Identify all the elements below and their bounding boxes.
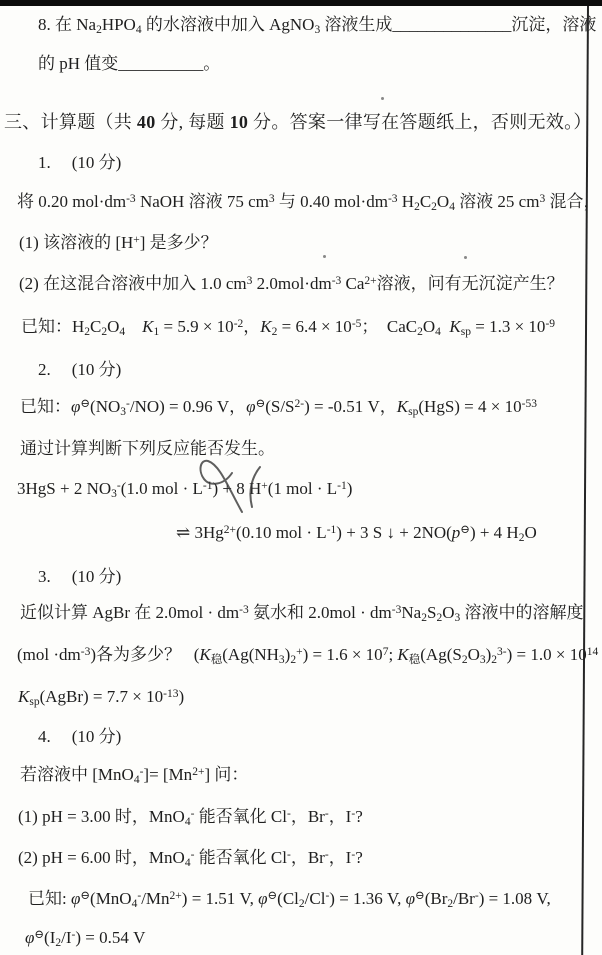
q3-number: 3. (38, 567, 51, 586)
q2-number: 2. (38, 360, 51, 379)
q2-given-constants: 已知：φ⊖(NO3-/NO) = 0.96 V，φ⊖(S/S2-) = -0.5… (20, 396, 537, 418)
q3-header: 3.(10 分) (38, 566, 121, 588)
question8-line1: 8. 在 Na2HPO4 的水溶液中加入 AgNO3 溶液生成_________… (38, 14, 596, 36)
q2-header: 2.(10 分) (38, 359, 121, 381)
q4-header: 4.(10 分) (38, 726, 121, 748)
section-heading: 三、计算题（共 40 分, 每题 10 分。答案一律写在答题纸上，否则无效。） (4, 111, 592, 133)
q3-points: (10 分) (72, 567, 122, 586)
scan-speck (464, 256, 467, 259)
q2-points: (10 分) (72, 360, 122, 379)
q3-body-line1: 近似计算 AgBr 在 2.0mol · dm-3 氨水和 2.0mol · d… (20, 602, 583, 624)
q1-given-constants: 已知：H2C2O4 K1 = 5.9 × 10-2，K2 = 6.4 × 10-… (21, 316, 555, 338)
scanned-exam-page: 8. 在 Na2HPO4 的水溶液中加入 AgNO3 溶液生成_________… (0, 0, 602, 955)
q4-number: 4. (38, 727, 51, 746)
q1-number: 1. (38, 153, 51, 172)
q3-body-line3: Ksp(AgBr) = 7.7 × 10-13) (18, 686, 184, 708)
scan-right-edge-line (581, 6, 589, 955)
scan-speck (323, 255, 326, 258)
question8-line2: 的 pH 值变__________。 (38, 53, 220, 75)
q1-points: (10 分) (72, 153, 122, 172)
q4-part2: (2) pH = 6.00 时，MnO4- 能否氧化 Cl-，Br-，I-? (18, 847, 363, 869)
q4-points: (10 分) (72, 727, 122, 746)
q1-part1: (1) 该溶液的 [H+] 是多少？ (19, 232, 218, 254)
pen-scribble-artifact (180, 455, 272, 517)
scan-speck (381, 97, 384, 100)
q2-equation-line2: ⇌ 3Hg2+(0.10 mol · L-1) + 3 S ↓ + 2NO(p⊖… (176, 522, 537, 544)
q1-header: 1.(10 分) (38, 152, 121, 174)
q4-intro: 若溶液中 [MnO4-]= [Mn2+] 问： (20, 764, 248, 786)
q4-given-line2: φ⊖(I2/I-) = 0.54 V (25, 927, 145, 949)
q1-part2: (2) 在这混合溶液中加入 1.0 cm3 2.0mol·dm-3 Ca2+溶液… (19, 273, 564, 295)
q4-given-line1: 已知: φ⊖(MnO4-/Mn2+) = 1.51 V, φ⊖(Cl2/Cl-)… (28, 888, 551, 910)
q4-part1: (1) pH = 3.00 时，MnO4- 能否氧化 Cl-，Br-，I-? (18, 806, 363, 828)
q3-body-line2: (mol ·dm-3)各为多少？ (K稳(Ag(NH3)2+) = 1.6 × … (17, 644, 602, 666)
q1-intro: 将 0.20 mol·dm-3 NaOH 溶液 75 cm3 与 0.40 mo… (17, 191, 602, 213)
scan-top-edge-artifact (0, 0, 602, 6)
